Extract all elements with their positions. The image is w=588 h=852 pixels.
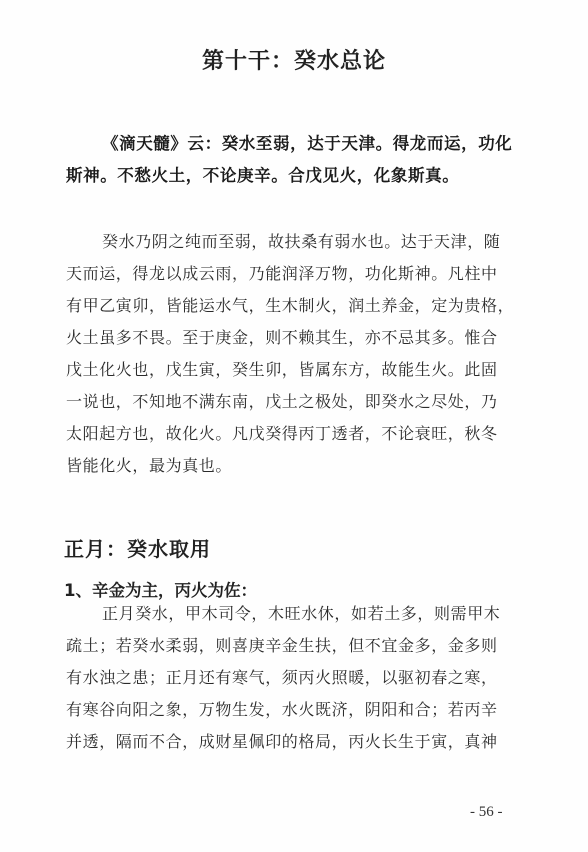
- quote-line: 斯神。不愁火土，不论庚辛。合戊见火，化象斯真。: [66, 160, 526, 192]
- classic-quote: 《滴天髓》云：癸水至弱，达于天津。得龙而运，功化 斯神。不愁火土，不论庚辛。合戊…: [66, 128, 526, 192]
- paragraph-line: 有水浊之患；正月还有寒气，须丙火照暖，以驱初春之寒，: [66, 662, 526, 694]
- page-number: - 56 -: [470, 804, 503, 821]
- paragraph-line: 戊土化火也，戊生寅，癸生卯，皆属东方，故能生火。此固: [66, 354, 526, 386]
- paragraph-line: 太阳起方也，故化火。凡戊癸得丙丁透者，不论衰旺，秋冬: [66, 418, 526, 450]
- paragraph-line: 火土虽多不畏。至于庚金，则不赖其生，亦不忌其多。惟合: [66, 322, 526, 354]
- paragraph-line: 正月癸水，甲木司令，木旺水休，如若土多，则需甲木: [66, 598, 526, 630]
- section-paragraph: 正月癸水，甲木司令，木旺水休，如若土多，则需甲木 疏土；若癸水柔弱，则喜庚辛金生…: [66, 598, 526, 758]
- paragraph-line: 疏土；若癸水柔弱，则喜庚辛金生扶，但不宜金多，金多则: [66, 630, 526, 662]
- quote-line: 《滴天髓》云：癸水至弱，达于天津。得龙而运，功化: [66, 128, 526, 160]
- chapter-title: 第十干：癸水总论: [0, 44, 588, 75]
- document-page: 第十干：癸水总论 《滴天髓》云：癸水至弱，达于天津。得龙而运，功化 斯神。不愁火…: [0, 0, 588, 852]
- paragraph-line: 有寒谷向阳之象，万物生发，水火既济，阴阳和合；若丙辛: [66, 694, 526, 726]
- paragraph-line: 有甲乙寅卯，皆能运水气，生木制火，润土养金，定为贵格，: [66, 290, 526, 322]
- paragraph-line: 天而运，得龙以成云雨，乃能润泽万物，功化斯神。凡柱中: [66, 258, 526, 290]
- section-heading: 正月：癸水取用: [64, 533, 211, 562]
- paragraph-line: 癸水乃阴之纯而至弱，故扶桑有弱水也。达于天津，随: [66, 226, 526, 258]
- commentary-paragraph: 癸水乃阴之纯而至弱，故扶桑有弱水也。达于天津，随 天而运，得龙以成云雨，乃能润泽…: [66, 226, 526, 482]
- paragraph-line: 一说也，不知地不满东南，戊土之极处，即癸水之尽处，乃: [66, 386, 526, 418]
- paragraph-line: 并透，隔而不合，成财星佩印的格局，丙火长生于寅，真神: [66, 726, 526, 758]
- paragraph-line: 皆能化火，最为真也。: [66, 450, 526, 482]
